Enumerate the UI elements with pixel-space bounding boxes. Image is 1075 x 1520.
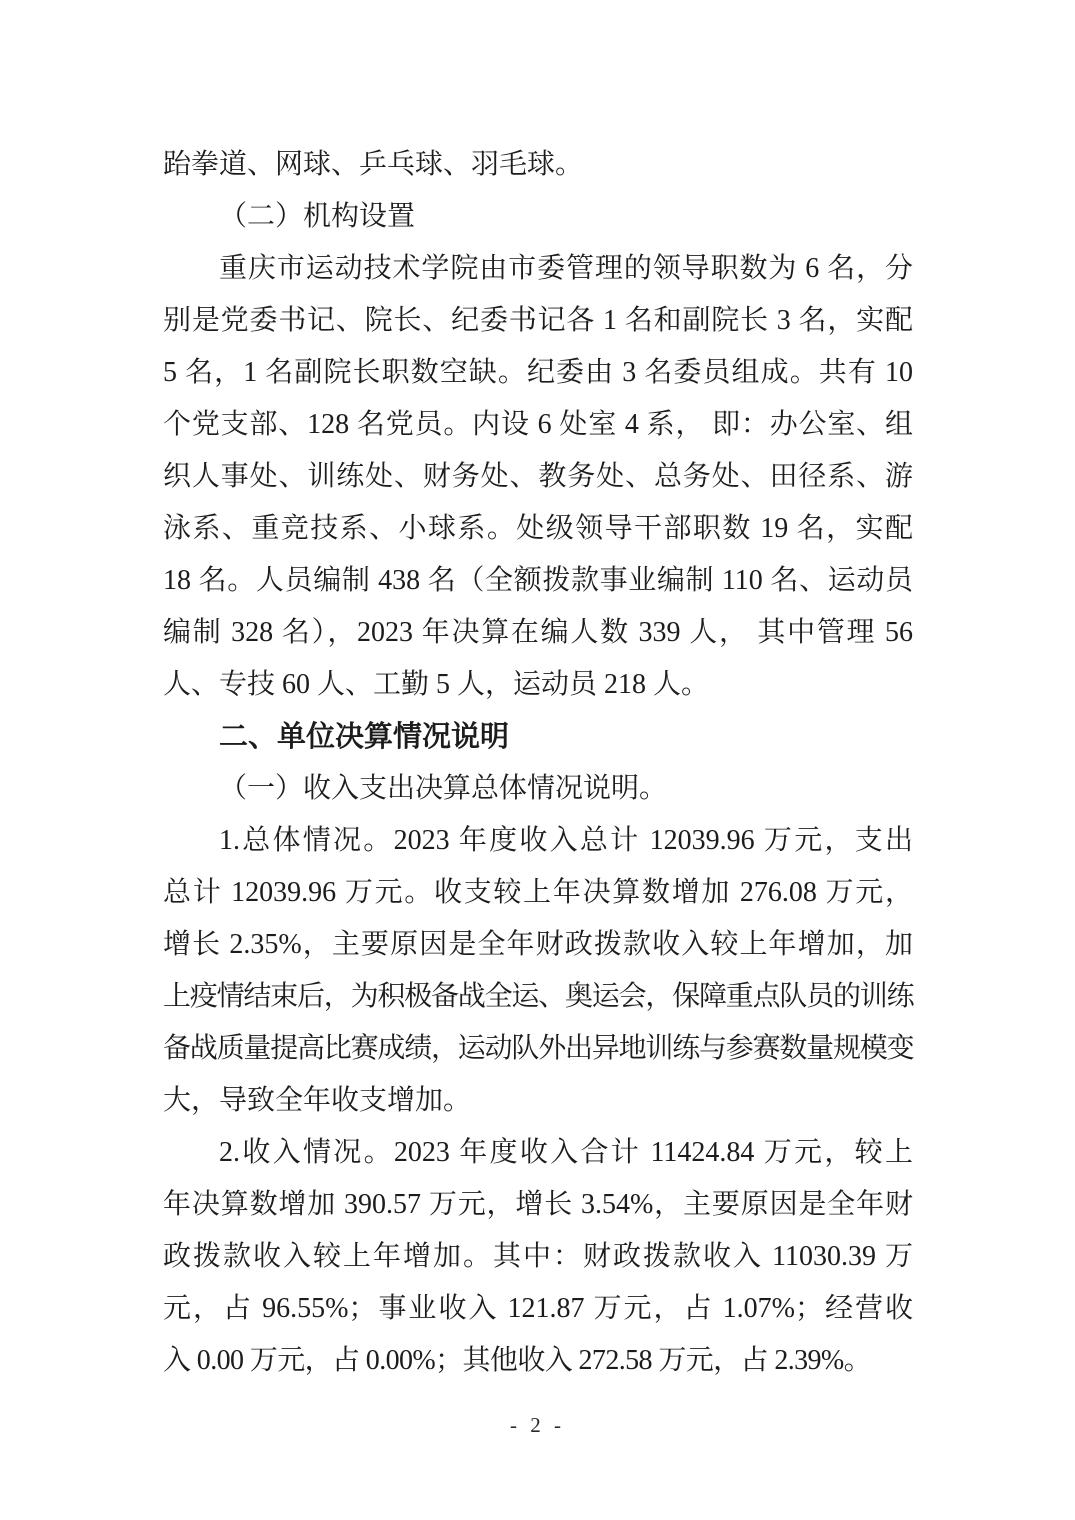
body-text-line: 大，导致全年收支增加。 [163,1075,913,1127]
body-text-line: 上疫情结束后，为积极备战全运、奥运会，保障重点队员的训练 [163,971,913,1023]
body-text-line: 备战质量提高比赛成绩，运动队外出异地训练与参赛数量规模变 [163,1023,913,1075]
body-text-line: 编制 328 名），2023 年决算在编人数 339 人， 其中管理 56 [163,607,913,659]
body-text-line: 1.总体情况。2023 年度收入总计 12039.96 万元，支出 [163,815,913,867]
body-text-line: 增长 2.35%，主要原因是全年财政拨款收入较上年增加，加 [163,919,913,971]
body-text-line: 18 名。人员编制 438 名（全额拨款事业编制 110 名、运动员 [163,555,913,607]
body-text-line: 元，占 96.55%；事业收入 121.87 万元，占 1.07%；经营收 [163,1283,913,1335]
body-text-line: 重庆市运动技术学院由市委管理的领导职数为 6 名，分 [163,243,913,295]
section-heading-final-accounts: 二、单位决算情况说明 [163,711,913,763]
body-text-line: 泳系、重竞技系、小球系。处级领导干部职数 19 名，实配 [163,503,913,555]
subsection-heading-organization: （二）机构设置 [163,191,913,243]
body-text-line: 跆拳道、网球、乒乓球、羽毛球。 [163,139,913,191]
body-text-line: 个党支部、128 名党员。内设 6 处室 4 系， 即：办公室、组 [163,399,913,451]
document-body: 跆拳道、网球、乒乓球、羽毛球。 （二）机构设置 重庆市运动技术学院由市委管理的领… [163,139,913,1387]
body-text-line: 2.收入情况。2023 年度收入合计 11424.84 万元，较上 [163,1127,913,1179]
body-text-line: 别是党委书记、院长、纪委书记各 1 名和副院长 3 名，实配 [163,295,913,347]
document-page: 跆拳道、网球、乒乓球、羽毛球。 （二）机构设置 重庆市运动技术学院由市委管理的领… [0,0,1075,1520]
body-text-line: 5 名，1 名副院长职数空缺。纪委由 3 名委员组成。共有 10 [163,347,913,399]
body-text-line: 入 0.00 万元，占 0.00%；其他收入 272.58 万元，占 2.39%… [163,1335,913,1387]
body-text-line: 织人事处、训练处、财务处、教务处、总务处、田径系、游 [163,451,913,503]
body-text-line: 年决算数增加 390.57 万元，增长 3.54%，主要原因是全年财 [163,1179,913,1231]
body-text-line: 政拨款收入较上年增加。其中：财政拨款收入 11030.39 万 [163,1231,913,1283]
page-number: - 2 - [0,1410,1075,1440]
body-text-line: 人、专技 60 人、工勤 5 人，运动员 218 人。 [163,659,913,711]
body-text-line: 总计 12039.96 万元。收支较上年决算数增加 276.08 万元， [163,867,913,919]
subsection-heading-overview: （一）收入支出决算总体情况说明。 [163,763,913,815]
